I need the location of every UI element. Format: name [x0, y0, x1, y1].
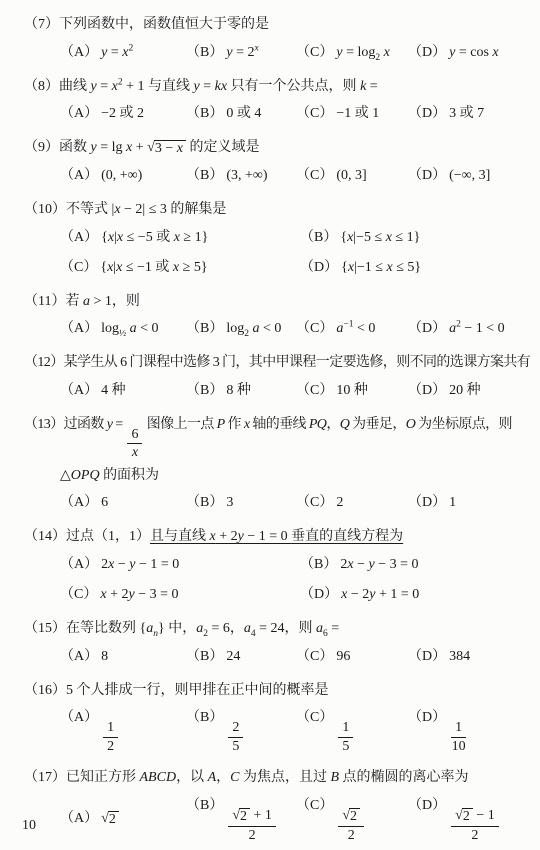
- fraction-numerator: 6: [127, 427, 141, 444]
- option-q12-C: （C）10 种: [296, 380, 408, 401]
- seg-r: − 3 = 0: [135, 587, 179, 602]
- seg-c: 或: [120, 106, 134, 121]
- seg-r: 2: [348, 828, 355, 843]
- question-stem: （9）函数 y = lg x + √3 − x 的定义域是: [24, 137, 532, 159]
- seg-r: 6: [101, 495, 108, 510]
- seg-c: 垂直的直线方程为: [291, 529, 403, 544]
- seg-c: 点的椭圆的离心率为: [339, 770, 469, 785]
- option-label: （C）: [296, 649, 333, 664]
- seg-c: （10）不等式: [24, 202, 112, 217]
- option-q11-B: （B）log2 a < 0: [186, 318, 296, 339]
- option-body: 10 种: [336, 383, 368, 398]
- option-label: （C）: [296, 710, 333, 725]
- seg-m: OPQ: [71, 468, 100, 483]
- option-body: 384: [449, 649, 470, 664]
- fraction: 12: [103, 720, 118, 754]
- option-label: （B）: [186, 710, 223, 725]
- seg-c: ，: [326, 417, 339, 432]
- option-q7-A: （A）y = x2: [60, 42, 186, 63]
- question-q17: （17）已知正方形 ABCD，以 A，C 为焦点，且过 B 点的椭圆的离心率为 …: [24, 767, 532, 843]
- option-q15-C: （C）96: [296, 646, 408, 667]
- option-label: （B）: [300, 230, 337, 245]
- seg-m: B: [330, 770, 339, 785]
- seg-r: = cos: [455, 45, 492, 60]
- seg-m: ABCD: [140, 770, 177, 785]
- option-body: {x|x ≤ −1 或 x ≥ 5}: [100, 260, 207, 275]
- seg-r: − 3 = 0: [375, 557, 419, 572]
- exam-page: （7）下列函数中，函数值恒大于零的是 （A）y = x2（B）y = 2x（C）…: [0, 0, 540, 850]
- option-q14-C: （C）x + 2y − 3 = 0: [60, 584, 300, 605]
- seg-r: > 1: [90, 294, 112, 309]
- option-body: (3, +∞): [226, 168, 267, 183]
- fraction-numerator: √2 − 1: [451, 808, 499, 827]
- seg-r: =: [328, 621, 339, 636]
- seg-m: a: [244, 621, 251, 636]
- radicand: 2: [108, 811, 119, 828]
- seg-r: −: [114, 557, 129, 572]
- seg-m: kx: [215, 79, 227, 94]
- seg-r: = lg: [97, 140, 126, 155]
- option-label: （D）: [408, 321, 446, 336]
- option-body: {x|x ≤ −5 或 x ≥ 1}: [101, 230, 208, 245]
- fraction-denominator: 5: [228, 738, 243, 754]
- seg-c: 中，: [165, 621, 197, 636]
- option-q17-A: （A）√2: [60, 808, 186, 829]
- seg-c: 为垂足，: [349, 417, 406, 432]
- seg-r: 3 −: [155, 141, 177, 156]
- seg-r: 8: [101, 649, 108, 664]
- option-body: x − 2y + 1 = 0: [341, 587, 419, 602]
- option-q13-D: （D）1: [408, 492, 532, 513]
- option-body: √2: [101, 811, 119, 826]
- fraction: √22: [338, 808, 364, 843]
- seg-r: =: [112, 417, 125, 432]
- option-q10-C: （C）{x|x ≤ −1 或 x ≥ 5}: [60, 257, 300, 278]
- seg-c: （8）曲线: [24, 79, 91, 94]
- option-body: a−1 < 0: [336, 321, 375, 336]
- seg-c: ，则: [112, 294, 140, 309]
- option-q14-A: （A）2x − y − 1 = 0: [60, 554, 300, 575]
- seg-c: （14）过点（1，1）: [24, 529, 150, 544]
- question-options: （A）6（B）3（C）2（D）1: [60, 492, 532, 513]
- seg-c: 的面积为: [100, 468, 160, 483]
- seg-c: 且与直线: [150, 529, 210, 544]
- seg-r: 7: [474, 106, 485, 121]
- seg-c: 只有一个公共点，则: [227, 79, 360, 94]
- option-body: 8: [101, 649, 108, 664]
- radicand: 3 − x: [154, 140, 186, 157]
- option-q14-D: （D）x − 2y + 1 = 0: [300, 584, 532, 605]
- fraction: √2 − 12: [451, 808, 499, 843]
- question-stem: （11）若 a > 1，则: [24, 291, 532, 313]
- seg-r: 1: [369, 106, 380, 121]
- seg-r: =: [366, 79, 377, 94]
- option-label: （A）: [60, 495, 98, 510]
- option-q14-B: （B）2x − y − 3 = 0: [300, 554, 532, 575]
- option-label: （D）: [408, 798, 446, 813]
- option-q15-D: （D）384: [408, 646, 532, 667]
- option-q12-D: （D）20 种: [408, 380, 532, 401]
- seg-r: (0, +∞): [101, 168, 142, 183]
- option-q12-B: （B）8 种: [186, 380, 296, 401]
- fraction: 6x: [127, 427, 141, 461]
- seg-m: PQ: [309, 417, 326, 432]
- question-options: （A）(0, +∞)（B）(3, +∞)（C）(0, 3]（D）(−∞, 3]: [60, 165, 532, 186]
- option-label: （A）: [60, 383, 98, 398]
- seg-r: 2: [336, 495, 343, 510]
- option-body: √2 + 12: [226, 798, 278, 813]
- option-q15-B: （B）24: [186, 646, 296, 667]
- option-label: （C）: [296, 383, 333, 398]
- seg-r: 24: [226, 649, 240, 664]
- question-options: （A）y = x2（B）y = 2x（C）y = log2 x（D）y = co…: [60, 42, 532, 63]
- option-label: （D）: [408, 710, 446, 725]
- fraction: 25: [228, 720, 243, 754]
- seg-r: (3, +∞): [226, 168, 267, 183]
- fraction: 15: [338, 720, 353, 754]
- option-body: √22: [336, 798, 366, 813]
- seg-r: < 0: [259, 321, 281, 336]
- question-q13: （13）过函数 y = 6x 图像上一点 P 作 x 轴的垂线 PQ，Q 为垂足…: [24, 414, 532, 513]
- option-body: 15: [336, 710, 355, 725]
- seg-m: A: [208, 770, 217, 785]
- seg-c: 或: [355, 106, 369, 121]
- seg-m: x: [492, 45, 498, 60]
- option-label: （A）: [60, 106, 98, 121]
- radicand: 2: [462, 808, 473, 825]
- seg-r: =: [107, 45, 122, 60]
- seg-c: ，: [230, 621, 244, 636]
- option-q9-A: （A）(0, +∞): [60, 165, 186, 186]
- question-options: （A）8（B）24（C）96（D）384: [60, 646, 532, 667]
- option-body: log2 a < 0: [226, 321, 281, 336]
- question-q10: （10）不等式 |x − 2| ≤ 3 的解集是 （A）{x|x ≤ −5 或 …: [24, 199, 532, 278]
- seg-r: + 2: [107, 587, 129, 602]
- seg-r: − 2| ≤ 3: [121, 202, 171, 217]
- option-body: (0, +∞): [101, 168, 142, 183]
- fraction-denominator: 2: [228, 827, 276, 843]
- question-q7: （7）下列函数中，函数值恒大于零的是 （A）y = x2（B）y = 2x（C）…: [24, 14, 532, 63]
- option-body: 3 或 7: [449, 106, 484, 121]
- option-body: y = 2x: [226, 45, 258, 60]
- seg-r: − 1 = 0: [135, 557, 179, 572]
- option-q11-A: （A）log½ a < 0: [60, 318, 186, 339]
- option-label: （C）: [296, 168, 333, 183]
- seg-c: 或: [460, 106, 474, 121]
- seg-r: 6: [131, 427, 137, 442]
- seg-sup: 2: [128, 43, 133, 53]
- seg-r: 1: [107, 720, 114, 735]
- seg-r: =: [200, 79, 215, 94]
- seg-r: 96: [336, 649, 350, 664]
- option-body: 25: [226, 710, 245, 725]
- seg-c: 或: [155, 260, 169, 275]
- seg-c: ，: [216, 770, 230, 785]
- option-body: 96: [336, 649, 350, 664]
- option-body: 0 或 4: [226, 106, 261, 121]
- question-options: （A）12（B）25（C）15（D）110: [60, 707, 532, 754]
- option-q9-B: （B）(3, +∞): [186, 165, 296, 186]
- seg-r: 2: [107, 739, 114, 754]
- seg-r: ≥ 5}: [179, 260, 207, 275]
- option-label: （B）: [186, 321, 223, 336]
- question-stem: （7）下列函数中，函数值恒大于零的是: [24, 14, 532, 36]
- seg-r: log: [226, 321, 244, 336]
- seg-r: {: [341, 260, 348, 275]
- option-q12-A: （A）4 种: [60, 380, 186, 401]
- seg-r: 5: [342, 739, 349, 754]
- option-label: （C）: [296, 321, 333, 336]
- seg-r: −1: [336, 106, 354, 121]
- seg-c: （9）函数: [24, 140, 91, 155]
- question-options: （A）−2 或 2（B）0 或 4（C）−1 或 1（D）3 或 7: [60, 103, 532, 124]
- option-label: （B）: [186, 649, 223, 664]
- option-body: 20 种: [449, 383, 481, 398]
- fraction-denominator: 2: [451, 827, 499, 843]
- question-options: （A）log½ a < 0（B）log2 a < 0（C）a−1 < 0（D）a…: [60, 318, 532, 339]
- fraction-denominator: 10: [451, 738, 466, 754]
- sqrt-expression: √2: [232, 808, 250, 825]
- question-options: （A）{x|x ≤ −5 或 x ≥ 1}（B）{x|−5 ≤ x ≤ 1}（C…: [60, 227, 532, 278]
- sqrt-expression: √3 − x: [147, 140, 186, 157]
- question-stem: （8）曲线 y = x2 + 1 与直线 y = kx 只有一个公共点，则 k …: [24, 76, 532, 98]
- option-label: （D）: [408, 495, 446, 510]
- seg-r: + 1: [123, 79, 148, 94]
- fraction-numerator: √2 + 1: [228, 808, 276, 827]
- sqrt-expression: √2: [342, 808, 360, 825]
- seg-r: − 1 < 0: [461, 321, 505, 336]
- option-label: （D）: [300, 587, 338, 602]
- option-q7-C: （C）y = log2 x: [296, 42, 408, 63]
- option-body: 8 种: [226, 383, 251, 398]
- question-options: （A）4 种（B）8 种（C）10 种（D）20 种: [60, 380, 532, 401]
- seg-sup: −1: [343, 320, 353, 330]
- option-label: （A）: [60, 321, 98, 336]
- question-stem: （13）过函数 y = 6x 图像上一点 P 作 x 轴的垂线 PQ，Q 为垂足…: [24, 414, 532, 461]
- seg-r: {: [101, 230, 108, 245]
- seg-m: Q: [340, 417, 350, 432]
- radicand: 2: [239, 808, 250, 825]
- fraction-denominator: x: [127, 444, 141, 460]
- fraction-numerator: 2: [228, 720, 243, 737]
- seg-r: 2: [240, 809, 247, 824]
- seg-r: ≤ −1: [122, 260, 155, 275]
- option-q16-B: （B）25: [186, 707, 296, 754]
- option-label: （B）: [186, 45, 223, 60]
- seg-c: 与直线: [148, 79, 194, 94]
- option-body: a2 − 1 < 0: [449, 321, 505, 336]
- seg-r: 2: [463, 809, 470, 824]
- seg-m: a: [316, 621, 323, 636]
- seg-c: 或: [156, 230, 170, 245]
- option-q16-A: （A）12: [60, 707, 186, 754]
- seg-c: （15）在等比数列: [24, 621, 140, 636]
- seg-r: + 2: [216, 529, 238, 544]
- page-number: 10: [22, 818, 36, 834]
- option-body: 1: [449, 495, 456, 510]
- seg-r: ≥ 1}: [180, 230, 208, 245]
- seg-r: }: [158, 621, 165, 636]
- seg-c: 轴的垂线: [249, 417, 308, 432]
- fraction-denominator: 2: [103, 738, 118, 754]
- question-q8: （8）曲线 y = x2 + 1 与直线 y = kx 只有一个公共点，则 k …: [24, 76, 532, 125]
- radicand: 2: [349, 808, 360, 825]
- seg-m: a: [83, 294, 90, 309]
- fraction: 110: [451, 720, 466, 754]
- seg-c: ，以: [176, 770, 208, 785]
- option-label: （A）: [60, 811, 98, 826]
- seg-c: （17）已知正方形: [24, 770, 140, 785]
- question-q14: （14）过点（1，1）且与直线 x + 2y − 1 = 0 垂直的直线方程为 …: [24, 526, 532, 605]
- seg-m: x: [254, 43, 258, 53]
- seg-r: 2: [471, 828, 478, 843]
- seg-r: − 2: [347, 587, 369, 602]
- seg-c: （11）若: [24, 294, 83, 309]
- seg-c: （7）下列函数中，函数值恒大于零的是: [24, 17, 269, 32]
- sqrt-expression: √2: [455, 808, 473, 825]
- seg-r: − 1: [473, 808, 495, 823]
- seg-r: 2: [109, 812, 116, 827]
- option-label: （D）: [408, 45, 446, 60]
- option-q7-B: （B）y = 2x: [186, 42, 296, 63]
- seg-c: 的解集是: [170, 202, 226, 217]
- option-q8-B: （B）0 或 4: [186, 103, 296, 124]
- option-q8-C: （C）−1 或 1: [296, 103, 408, 124]
- seg-r: ≤ 5}: [393, 260, 421, 275]
- seg-r: 2: [350, 809, 357, 824]
- seg-r: = log: [343, 45, 376, 60]
- option-body: y = cos x: [449, 45, 499, 60]
- option-q17-D: （D）√2 − 12: [408, 795, 532, 843]
- seg-r: = 24: [256, 621, 285, 636]
- fraction-numerator: √2: [338, 808, 364, 827]
- option-body: {x|−1 ≤ x ≤ 5}: [341, 260, 421, 275]
- option-label: （C）: [296, 45, 333, 60]
- option-q10-B: （B）{x|−5 ≤ x ≤ 1}: [300, 227, 532, 248]
- option-body: log½ a < 0: [101, 321, 158, 336]
- question-options: （A）2x − y − 1 = 0（B）2x − y − 3 = 0（C）x +…: [60, 554, 532, 605]
- option-body: y = log2 x: [336, 45, 389, 60]
- option-q11-D: （D）a2 − 1 < 0: [408, 318, 532, 339]
- option-q10-A: （A）{x|x ≤ −5 或 x ≥ 1}: [60, 227, 300, 248]
- fraction-numerator: 1: [338, 720, 353, 737]
- seg-r: ≤ −5: [123, 230, 156, 245]
- seg-r: 3: [226, 495, 233, 510]
- question-stem: （17）已知正方形 ABCD，以 A，C 为焦点，且过 B 点的椭圆的离心率为: [24, 767, 532, 789]
- option-body: x + 2y − 3 = 0: [100, 587, 178, 602]
- option-label: （A）: [60, 710, 98, 725]
- question-stem: （14）过点（1，1）且与直线 x + 2y − 1 = 0 垂直的直线方程为: [24, 526, 532, 548]
- seg-c: （12）某学生从 6 门课程中选修 3 门，其中甲课程一定要选修，则不同的选课方…: [24, 355, 530, 370]
- seg-r: |−1 ≤: [354, 260, 386, 275]
- seg-r: +: [132, 140, 147, 155]
- seg-r: ≤ 1}: [392, 230, 420, 245]
- option-body: 6: [101, 495, 108, 510]
- question-stem: （12）某学生从 6 门课程中选修 3 门，其中甲课程一定要选修，则不同的选课方…: [24, 352, 532, 374]
- seg-r: −: [354, 557, 369, 572]
- seg-c: 的定义域是: [186, 140, 260, 155]
- option-q17-B: （B）√2 + 12: [186, 795, 296, 843]
- option-body: −2 或 2: [101, 106, 144, 121]
- seg-c: 为焦点，且过: [239, 770, 330, 785]
- seg-r: 1: [342, 720, 349, 735]
- option-q11-C: （C）a−1 < 0: [296, 318, 408, 339]
- option-label: （D）: [408, 383, 446, 398]
- option-body: 24: [226, 649, 240, 664]
- option-label: （C）: [296, 106, 333, 121]
- option-label: （A）: [60, 230, 98, 245]
- option-label: （B）: [186, 798, 223, 813]
- seg-r: 10: [452, 739, 466, 754]
- option-body: 2x − y − 3 = 0: [340, 557, 418, 572]
- seg-m: x: [132, 445, 138, 460]
- option-label: （A）: [60, 649, 98, 664]
- option-body: 110: [449, 710, 468, 725]
- seg-r: (0, 3]: [336, 168, 366, 183]
- seg-r: 2: [232, 720, 239, 735]
- question-q15: （15）在等比数列 {an} 中，a2 = 6，a4 = 24，则 a6 = （…: [24, 618, 532, 667]
- option-q8-A: （A）−2 或 2: [60, 103, 186, 124]
- seg-r: 2: [249, 828, 256, 843]
- seg-r: 3: [449, 106, 460, 121]
- seg-c: 8 种: [226, 383, 251, 398]
- option-label: （B）: [186, 106, 223, 121]
- option-label: （A）: [60, 45, 98, 60]
- option-body: y = x2: [101, 45, 133, 60]
- option-label: （C）: [296, 798, 333, 813]
- option-q8-D: （D）3 或 7: [408, 103, 532, 124]
- option-q15-A: （A）8: [60, 646, 186, 667]
- seg-r: 5: [232, 739, 239, 754]
- seg-c: 作: [225, 417, 244, 432]
- seg-c: ，则: [285, 621, 317, 636]
- seg-r: + 1: [250, 808, 272, 823]
- option-q16-D: （D）110: [408, 707, 532, 754]
- seg-r: = 6: [208, 621, 230, 636]
- option-q13-A: （A）6: [60, 492, 186, 513]
- option-body: 2: [336, 495, 343, 510]
- option-q7-D: （D）y = cos x: [408, 42, 532, 63]
- option-body: −1 或 1: [336, 106, 379, 121]
- option-body: 2x − y − 1 = 0: [101, 557, 179, 572]
- question-stem: （16）5 个人排成一行，则甲排在正中间的概率是: [24, 680, 532, 702]
- option-q17-C: （C）√22: [296, 795, 408, 843]
- option-q9-D: （D）(−∞, 3]: [408, 165, 532, 186]
- question-list: （7）下列函数中，函数值恒大于零的是 （A）y = x2（B）y = 2x（C）…: [24, 14, 532, 843]
- seg-c: （16）5 个人排成一行，则甲排在正中间的概率是: [24, 683, 329, 698]
- option-label: （A）: [60, 168, 98, 183]
- seg-r: + 1 = 0: [375, 587, 419, 602]
- seg-r: = 2: [233, 45, 255, 60]
- option-label: （B）: [186, 168, 223, 183]
- option-label: （C）: [60, 587, 97, 602]
- question-q12: （12）某学生从 6 门课程中选修 3 门，其中甲课程一定要选修，则不同的选课方…: [24, 352, 532, 401]
- question-q11: （11）若 a > 1，则 （A）log½ a < 0（B）log2 a < 0…: [24, 291, 532, 340]
- question-stem: （10）不等式 |x − 2| ≤ 3 的解集是: [24, 199, 532, 221]
- fraction-numerator: 1: [451, 720, 466, 737]
- option-label: （D）: [408, 106, 446, 121]
- option-body: (−∞, 3]: [449, 168, 490, 183]
- seg-c: （13）过函数: [24, 417, 107, 432]
- option-label: （B）: [186, 495, 223, 510]
- seg-m: a: [130, 321, 137, 336]
- option-label: （B）: [300, 557, 337, 572]
- option-body: {x|−5 ≤ x ≤ 1}: [340, 230, 420, 245]
- option-q9-C: （C）(0, 3]: [296, 165, 408, 186]
- option-body: 12: [101, 710, 120, 725]
- option-label: （A）: [60, 557, 98, 572]
- question-options: （A）√2（B）√2 + 12（C）√22（D）√2 − 12: [60, 795, 532, 843]
